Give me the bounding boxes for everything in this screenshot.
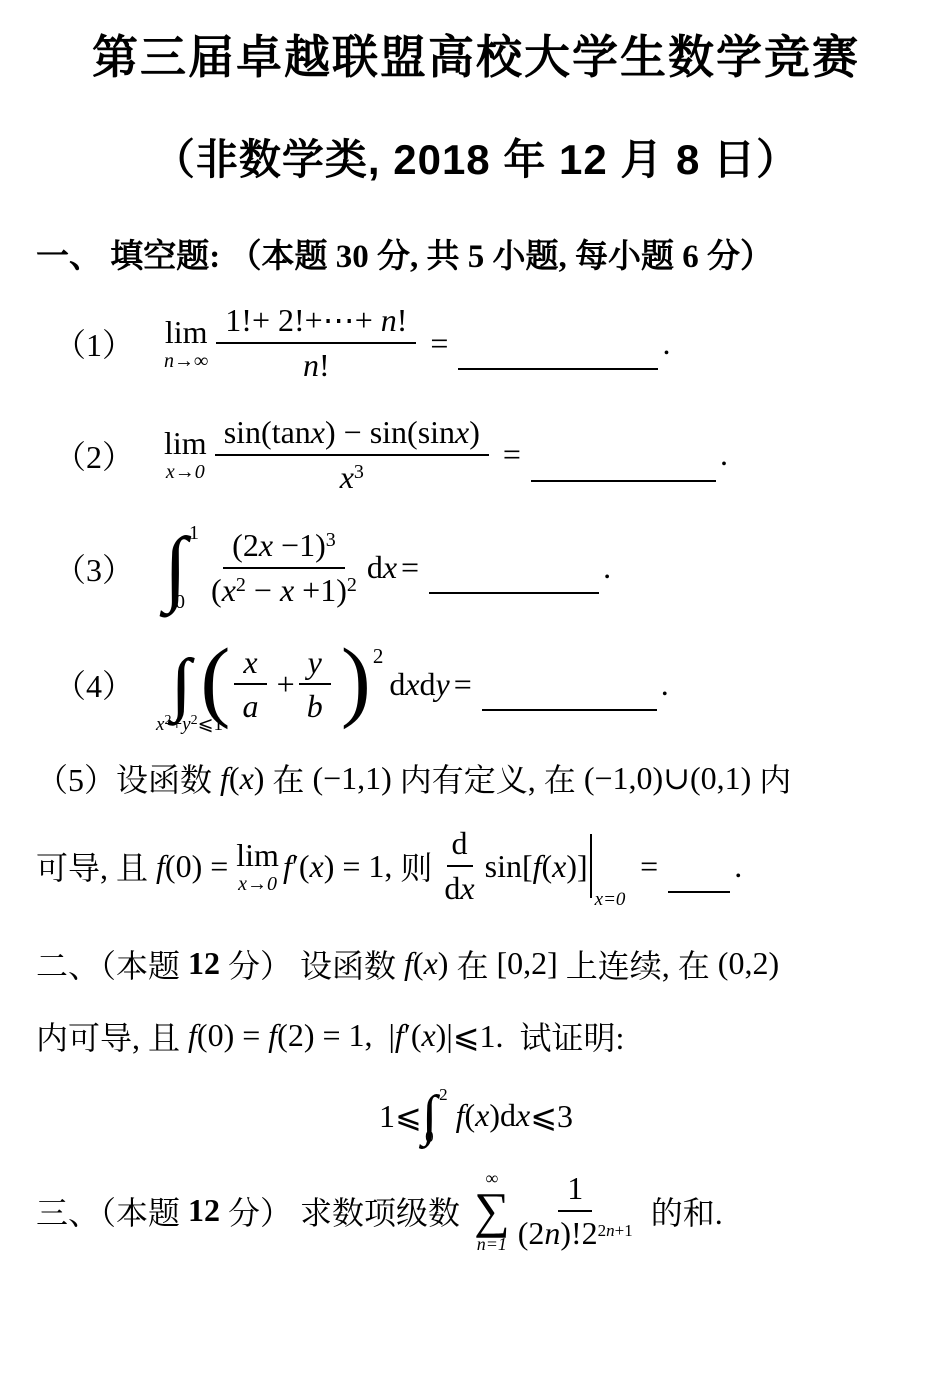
integral: ∫ 2 0 [422, 1085, 448, 1147]
differential-var: x [516, 1097, 530, 1134]
math-token: x [280, 572, 294, 608]
denominator: (x2 − x +1)2 [211, 569, 357, 609]
math-token: x [259, 527, 273, 563]
math-token: ( [465, 1097, 476, 1134]
math-token: ) [254, 760, 265, 797]
denominator: n! [303, 344, 330, 384]
math-token: x [309, 848, 323, 885]
lower-limit: 0 [425, 1127, 448, 1147]
math-token: f [283, 848, 292, 885]
section2-text: 内可导, 且 [36, 1013, 188, 1059]
differential-d: d [500, 1097, 516, 1134]
lower-limit: 0 [175, 591, 199, 614]
section2-text: 分） 设函数 [220, 941, 404, 987]
denominator: (2n)!22n+1 [518, 1212, 633, 1252]
differential-d: d [389, 666, 405, 703]
math-token: 1!+ 2!+⋯+ [225, 302, 380, 338]
score-value: 12 [188, 1192, 220, 1229]
problem-5-text: 内 [751, 755, 791, 801]
evaluation-point: x=0 [595, 889, 626, 911]
numerator: d [447, 825, 473, 867]
interval: (−1,1) [312, 760, 391, 797]
plus-sign: + [277, 666, 295, 703]
exponent: +1 [615, 1221, 633, 1240]
math-token: sin(tan [224, 414, 311, 450]
answer-blank [458, 334, 658, 370]
section2-text: 在 [448, 941, 496, 987]
equals-sign: = [503, 436, 521, 473]
math-token: x [475, 1097, 489, 1134]
exponent: 2 [598, 1221, 607, 1240]
answer-blank [668, 857, 730, 893]
math-token: +1) [294, 572, 347, 608]
differential-d: d [367, 549, 383, 586]
math-token: ) − sin(sin [325, 414, 455, 450]
section2-text: 试证明: [504, 1013, 625, 1059]
double-integral: ∫ ∫ x2+y2⩽1 [172, 653, 190, 716]
problem-5-text: （5）设函数 [36, 755, 220, 801]
section2-display-formula: 1⩽ ∫ 2 0 f(x)dx⩽3 [36, 1085, 916, 1147]
integral-limits: 2 0 [437, 1085, 448, 1147]
prime-mark: ′ [292, 848, 299, 885]
equals-sign: = [640, 848, 658, 885]
section3-text: 三、（本题 [36, 1188, 188, 1234]
period: . [662, 325, 670, 362]
math-token: x [424, 945, 438, 982]
lim-subscript: n→∞ [164, 351, 208, 371]
problem-3: （3） ∫ 1 0 (2x −1)3 (x2 − x +1)2 dx = . [36, 522, 916, 614]
problem-5-text: 则 [400, 843, 440, 889]
limit-operator: lim x→0 [164, 427, 207, 482]
section3-text: 分） 求数项级数 [220, 1188, 468, 1234]
interval: (0,2) [718, 945, 779, 982]
math-token: −1) [273, 527, 326, 563]
right-paren: ) [341, 652, 371, 711]
exponent: 3 [326, 529, 336, 551]
math-token: y [182, 714, 190, 735]
math-token: 1⩽ [379, 1097, 422, 1135]
math-token: ) [438, 945, 449, 982]
math-token: x [311, 414, 325, 450]
exponent: 2 [347, 574, 357, 596]
numerator: y [299, 644, 331, 686]
score-value: 12 [188, 945, 220, 982]
exponent: 2 [191, 713, 198, 728]
math-token: x [240, 760, 254, 797]
differential-var: y [436, 666, 450, 703]
math-token: f [456, 1097, 465, 1134]
lim-word: lim [165, 316, 208, 348]
math-token: ⩽3 [530, 1097, 573, 1135]
math-token: f [395, 1017, 404, 1054]
fraction: sin(tanx) − sin(sinx) x3 [215, 414, 489, 496]
problem-2-label: （2） [54, 432, 134, 478]
exam-subtitle: （非数学类, 2018 年 12 月 8 日） [36, 135, 916, 185]
interval: [0,2] [496, 945, 557, 982]
fraction: y b [299, 644, 331, 726]
numerator: x [234, 644, 266, 686]
period: . [720, 436, 728, 473]
math-token: ( [211, 572, 222, 608]
problem-5-text: 内有定义, 在 [392, 755, 584, 801]
prime-mark: ′ [404, 1017, 411, 1054]
equals-sign: = [401, 549, 419, 586]
math-token: f [268, 1017, 277, 1054]
math-token: (2 [518, 1215, 545, 1251]
math-token: x [340, 459, 354, 495]
math-token: ] [577, 848, 588, 885]
math-token: ( [411, 1017, 422, 1054]
section2-line2: 内可导, 且 f(0) = f(2) = 1, |f′(x)|⩽1. 试证明: [36, 1013, 916, 1059]
math-token: x [460, 870, 474, 906]
lim-subscript: x→0 [238, 874, 277, 894]
section3-text: 的和. [643, 1188, 723, 1234]
problem-5-text: 在 [264, 755, 312, 801]
math-token: ( [542, 848, 553, 885]
math-token: (2) = 1, [277, 1017, 388, 1054]
upper-limit: 2 [439, 1085, 448, 1105]
fraction: 1 (2n)!22n+1 [518, 1170, 633, 1252]
exam-title: 第三届卓越联盟高校大学生数学竞赛 [36, 30, 916, 85]
math-token: f [156, 848, 165, 885]
math-token: + [171, 714, 182, 735]
answer-blank [482, 676, 657, 712]
problem-5-text: 可导, 且 [36, 843, 156, 889]
derivative-fraction: d dx [444, 825, 474, 907]
sum-lower-limit: n=1 [477, 1235, 507, 1253]
math-token: f [188, 1017, 197, 1054]
math-token: ) = 1, [324, 848, 401, 885]
integral: ∫ 1 0 [164, 522, 199, 614]
math-token: x [455, 414, 469, 450]
integral-limits: 1 0 [187, 522, 199, 614]
integral-sign: ∫ [171, 653, 190, 716]
math-token: (0) = [165, 848, 236, 885]
denominator: b [307, 685, 323, 725]
equals-sign: = [454, 666, 472, 703]
math-token: d [444, 870, 460, 906]
math-token: n [381, 302, 397, 338]
math-token: x [222, 572, 236, 608]
problem-4: （4） ∫ ∫ x2+y2⩽1 ( x a + y b ) 2 dxdy = . [36, 644, 916, 726]
problem-4-label: （4） [54, 661, 134, 707]
math-token: ) [469, 414, 480, 450]
fraction: (2x −1)3 (x2 − x +1)2 [211, 527, 357, 609]
math-token: x [421, 1017, 435, 1054]
exponent: 2 [373, 644, 384, 669]
fraction: 1!+ 2!+⋯+ n! n! [216, 302, 416, 384]
answer-blank [531, 446, 716, 482]
limit-operator: lim n→∞ [164, 316, 208, 371]
period: . [603, 549, 611, 586]
numerator: 1 [558, 1170, 592, 1212]
math-token: ! [319, 347, 330, 383]
math-token: ) [566, 848, 577, 885]
math-token: n [303, 347, 319, 383]
lim-word: lim [236, 839, 279, 871]
problem-3-label: （3） [54, 545, 134, 591]
math-token: ) [489, 1097, 500, 1134]
math-token: f [404, 945, 413, 982]
problem-2: （2） lim x→0 sin(tanx) − sin(sinx) x3 = . [36, 414, 916, 496]
math-token: ( [229, 760, 240, 797]
math-token: n [544, 1215, 560, 1251]
differential-var: x [405, 666, 419, 703]
math-token: f [220, 760, 229, 797]
math-token: ( [413, 945, 424, 982]
math-token: ) [436, 1017, 447, 1054]
answer-blank [429, 559, 599, 595]
differential-var: x [383, 549, 397, 586]
evaluation-bar: x=0 [590, 834, 593, 898]
sigma-sign: ∑ [474, 1188, 510, 1233]
problem-1-label: （1） [54, 320, 134, 366]
problem-1: （1） lim n→∞ 1!+ 2!+⋯+ n! n! = . [36, 302, 916, 384]
upper-limit: 1 [189, 522, 199, 545]
math-token: ⩽1. [453, 1017, 504, 1055]
period: . [734, 848, 742, 885]
section2-text: 二、（本题 [36, 941, 188, 987]
exponent: n [606, 1221, 615, 1240]
numerator: sin(tanx) − sin(sinx) [215, 414, 489, 456]
lim-subscript: x→0 [166, 462, 205, 482]
problem-5-line2: 可导, 且 f(0) = lim x→0 f′(x) = 1, 则 d dx s… [36, 825, 916, 907]
math-token: f [533, 848, 542, 885]
left-paren: ( [200, 652, 230, 711]
math-token: ( [299, 848, 310, 885]
math-token: )!2 [560, 1215, 597, 1251]
section2-text: 上连续, 在 [558, 941, 718, 987]
exponent: 2 [236, 574, 246, 596]
math-token: ! [397, 302, 408, 338]
lim-word: lim [164, 427, 207, 459]
denominator: a [242, 685, 258, 725]
interval-union: (−1,0)∪(0,1) [584, 759, 751, 797]
section2-line1: 二、（本题 12 分） 设函数 f(x) 在 [0,2] 上连续, 在 (0,2… [36, 941, 916, 987]
denominator: x3 [340, 456, 364, 496]
exam-page: 第三届卓越联盟高校大学生数学竞赛 （非数学类, 2018 年 12 月 8 日）… [0, 0, 942, 1385]
math-token: sin[ [485, 848, 533, 885]
exponent: 3 [354, 461, 364, 483]
math-token: (0) = [197, 1017, 268, 1054]
limit-operator: lim x→0 [236, 839, 279, 894]
section3-line: 三、（本题 12 分） 求数项级数 ∞ ∑ n=1 1 (2n)!22n+1 的… [36, 1169, 916, 1253]
math-token: x [552, 848, 566, 885]
summation: ∞ ∑ n=1 [474, 1169, 510, 1253]
math-token: (2 [232, 527, 259, 563]
equals-sign: = [430, 325, 448, 362]
section1-heading: 一、 填空题: （本题 30 分, 共 5 小题, 每小题 6 分） [36, 236, 916, 279]
math-token: − [246, 572, 280, 608]
fraction: x a [234, 644, 266, 726]
numerator: 1!+ 2!+⋯+ n! [216, 302, 416, 344]
differential-d: d [420, 666, 436, 703]
problem-5-line1: （5）设函数 f(x) 在 (−1,1) 内有定义, 在 (−1,0)∪(0,1… [36, 755, 916, 801]
period: . [661, 666, 669, 703]
denominator: dx [444, 867, 474, 907]
numerator: (2x −1)3 [223, 527, 345, 569]
